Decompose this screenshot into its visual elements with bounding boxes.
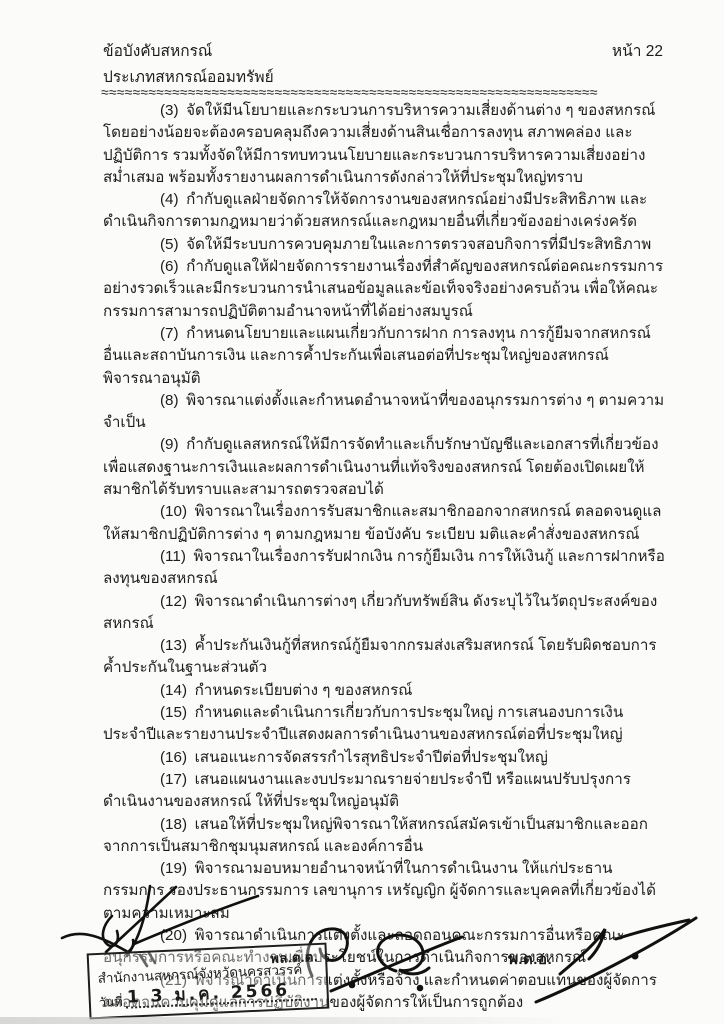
paragraph-item: (19) พิจารณามอบหมายอำนาจหน้าที่ในการดำเน…	[103, 858, 665, 925]
paragraph-item: (11) พิจารณาในเรื่องการรับฝากเงิน การกู้…	[103, 546, 665, 591]
stamp-date-label: วันที่	[98, 992, 123, 1013]
paragraph-item: (17) เสนอแผนงานและงบประมาณรายจ่ายประจำปี…	[103, 769, 665, 814]
paragraph-item: (14) กำหนดระเบียบต่าง ๆ ของสหกรณ์	[103, 680, 665, 702]
scan-edge-shadow	[0, 1017, 724, 1024]
paragraph-item: (4) กำกับดูแลฝ่ายจัดการให้จัดการงานของสห…	[103, 189, 665, 234]
paragraph-item: (5) จัดให้มีระบบการควบคุมภายในและการตรวจ…	[103, 234, 665, 256]
paragraph-item: (12) พิจารณาดำเนินการต่างๆ เกี่ยวกับทรัพ…	[103, 591, 665, 636]
signer-rank: พ.ต.อ.	[508, 947, 552, 971]
doc-title: ข้อบังคับสหกรณ์	[103, 38, 212, 63]
dotted-line	[126, 997, 317, 1009]
office-stamp: พล.ต.ต. สำนักงานสหกรณ์จังหวัดนครสวรรค์ 1…	[87, 943, 330, 1020]
page-header: ข้อบังคับสหกรณ์ หน้า 22	[103, 38, 663, 63]
document-page: ข้อบังคับสหกรณ์ หน้า 22 ประเภทสหกรณ์ออมท…	[0, 0, 724, 1024]
page-number: หน้า 22	[612, 38, 663, 63]
paragraph-item: (10) พิจารณาในเรื่องการรับสมาชิกและสมาชิ…	[103, 501, 665, 546]
tilde-divider: ≈≈≈≈≈≈≈≈≈≈≈≈≈≈≈≈≈≈≈≈≈≈≈≈≈≈≈≈≈≈≈≈≈≈≈≈≈≈≈≈…	[101, 84, 665, 100]
body-paragraphs: (3) จัดให้มีนโยบายและกระบวนการบริหารความ…	[103, 100, 665, 1014]
paragraph-item: (16) เสนอแนะการจัดสรรกำไรสุทธิประจำปีต่อ…	[103, 747, 665, 769]
paragraph-item: (9) กำกับดูแลสหกรณ์ให้มีการจัดทำและเก็บร…	[103, 434, 665, 501]
paragraph-item: (13) ค้ำประกันเงินกู้ที่สหกรณ์กู้ยืมจากก…	[103, 635, 665, 680]
paragraph-item: (8) พิจารณาแต่งตั้งและกำหนดอำนาจหน้าที่ข…	[103, 390, 665, 435]
paragraph-item: (6) กำกับดูแลให้ฝ่ายจัดการรายงานเรื่องที…	[103, 256, 665, 323]
paragraph-item: (7) กำหนดนโยบายและแผนเกี่ยวกับการฝาก การ…	[103, 323, 665, 390]
paragraph-item: (15) กำหนดและดำเนินการเกี่ยวกับการประชุม…	[103, 702, 665, 747]
paragraph-item: (3) จัดให้มีนโยบายและกระบวนการบริหารความ…	[103, 100, 665, 189]
paragraph-item: (18) เสนอให้ที่ประชุมใหญ่พิจารณาให้สหกรณ…	[103, 814, 665, 859]
